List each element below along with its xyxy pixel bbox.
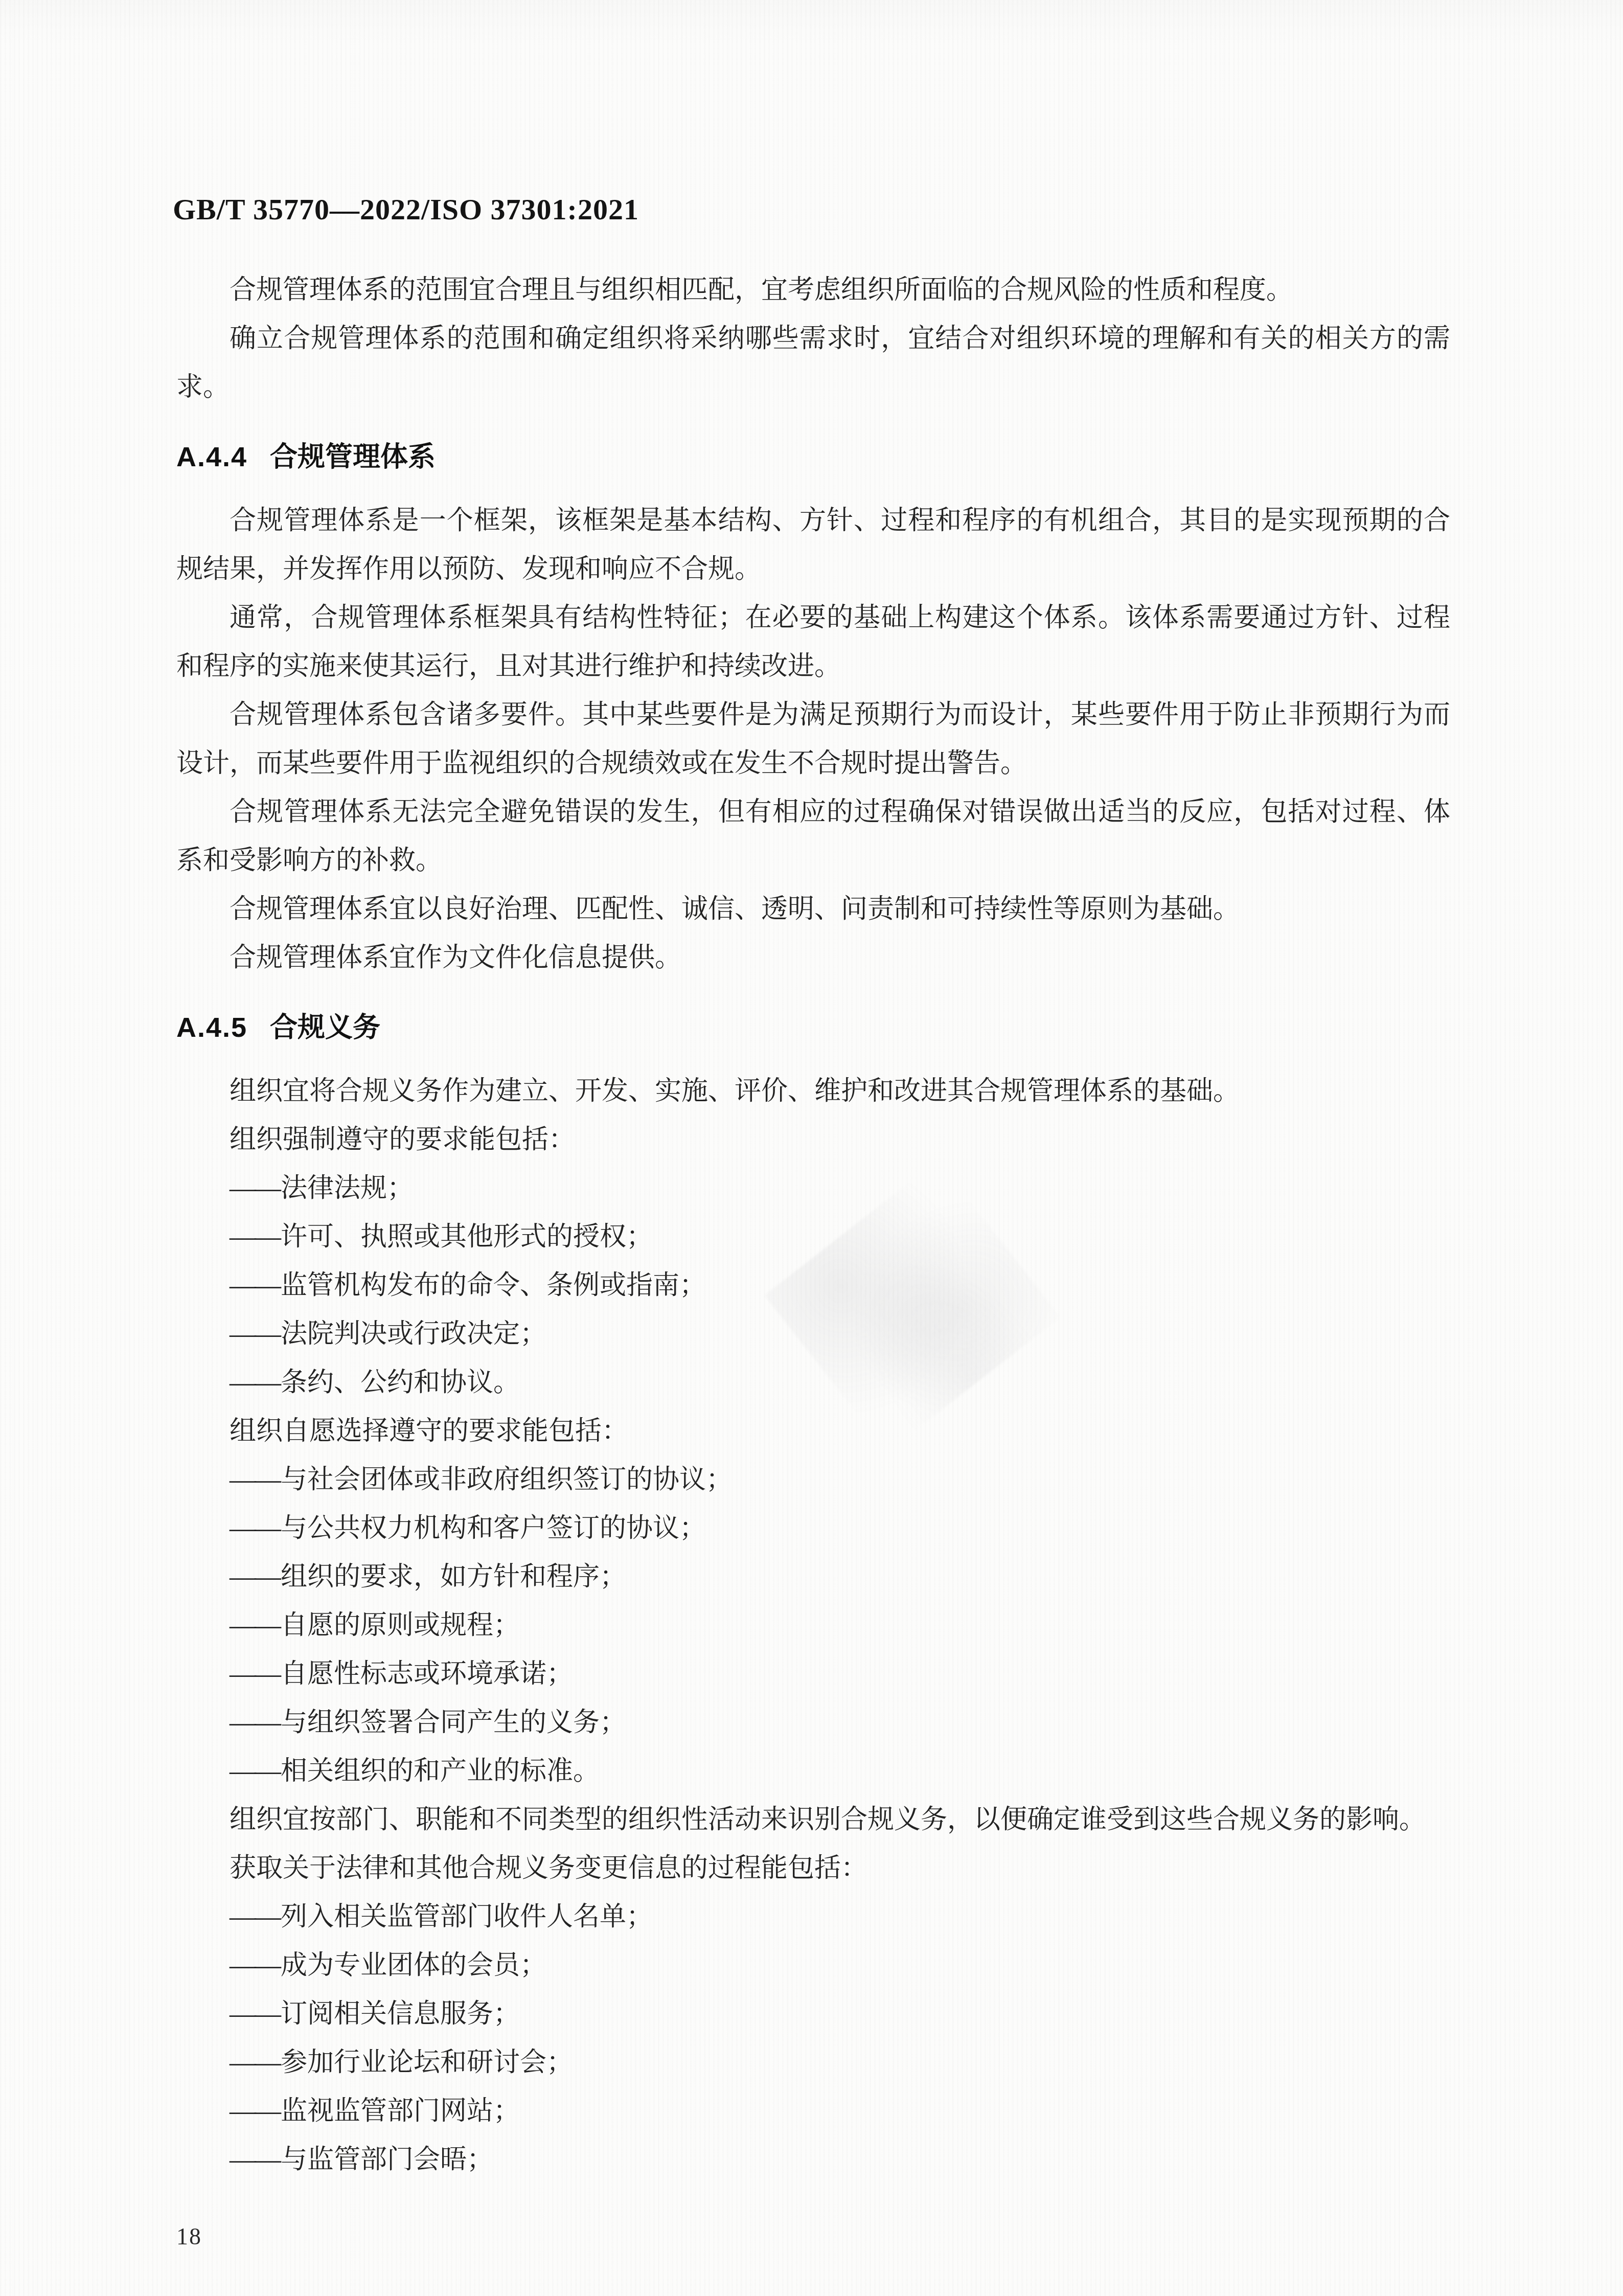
list-dash: ——	[230, 1708, 280, 1737]
list-dash: ——	[230, 1222, 280, 1252]
list-dash: ——	[230, 1368, 280, 1397]
clause-heading-a4-5: A.4.5合规义务	[176, 1011, 1450, 1044]
list-dash: ——	[230, 2048, 280, 2077]
list-dash: ——	[230, 1562, 280, 1592]
list-item: ——与公共权力机构和客户签订的协议；	[176, 1504, 1450, 1553]
list-item-text: 法院判决或行政决定；	[281, 1320, 546, 1349]
paragraph-structural: 通常，合规管理体系框架具有结构性特征；在必要的基础上构建这个体系。该体系需要通过…	[176, 594, 1450, 691]
paragraph-voluntary-intro: 组织自愿选择遵守的要求能包括：	[176, 1407, 1450, 1456]
list-dash: ——	[230, 2097, 280, 2126]
list-item: ——法律法规；	[176, 1164, 1450, 1213]
list-item-text: 列入相关监管部门收件人名单；	[281, 1902, 653, 1931]
paragraph-mandatory-intro: 组织强制遵守的要求能包括：	[176, 1116, 1450, 1164]
list-item-text: 与监管部门会晤；	[281, 2145, 493, 2174]
clause-heading-a4-4: A.4.4合规管理体系	[176, 440, 1450, 474]
clause-number: A.4.4	[176, 442, 247, 472]
list-item-text: 参加行业论坛和研讨会；	[281, 2048, 573, 2077]
list-item-text: 与组织签署合同产生的义务；	[281, 1708, 626, 1737]
list-item-text: 成为专业团体的会员；	[281, 1951, 546, 1980]
list-item-text: 与社会团体或非政府组织签订的协议；	[281, 1465, 733, 1494]
paragraph-scope-fit: 合规管理体系的范围宜合理且与组织相匹配，宜考虑组织所面临的合规风险的性质和程度。	[176, 266, 1450, 314]
list-dash: ——	[230, 1951, 280, 1980]
list-item-text: 监管机构发布的命令、条例或指南；	[281, 1271, 706, 1300]
clause-number: A.4.5	[176, 1012, 247, 1043]
list-item-text: 订阅相关信息服务；	[281, 1999, 520, 2029]
list-item: ——与组织签署合同产生的义务；	[176, 1698, 1450, 1747]
list-item-text: 法律法规；	[281, 1174, 414, 1203]
paragraph-scope-determine: 确立合规管理体系的范围和确定组织将采纳哪些需求时，宜结合对组织环境的理解和有关的…	[176, 314, 1450, 412]
paragraph-principles: 合规管理体系宜以良好治理、匹配性、诚信、透明、问责制和可持续性等原则为基础。	[176, 885, 1450, 934]
list-item-text: 组织的要求，如方针和程序；	[281, 1562, 626, 1592]
list-item-text: 自愿性标志或环境承诺；	[281, 1660, 573, 1689]
list-dash: ——	[230, 1514, 280, 1543]
list-item: ——与监管部门会晤；	[176, 2135, 1450, 2184]
list-item: ——参加行业论坛和研讨会；	[176, 2038, 1450, 2087]
list-item: ——条约、公约和协议。	[176, 1358, 1450, 1407]
paragraph-errors: 合规管理体系无法完全避免错误的发生，但有相应的过程确保对错误做出适当的反应，包括…	[176, 788, 1450, 885]
list-dash: ——	[230, 1611, 280, 1640]
paragraph-identify-obligations: 组织宜按部门、职能和不同类型的组织性活动来识别合规义务，以便确定谁受到这些合规义…	[176, 1795, 1450, 1844]
list-item: ——列入相关监管部门收件人名单；	[176, 1893, 1450, 1941]
scanned-document-body: { "header": { "title": "GB/T 35770—2022/…	[0, 0, 1623, 2296]
paragraph-framework: 合规管理体系是一个框架，该框架是基本结构、方针、过程和程序的有机组合，其目的是实…	[176, 496, 1450, 594]
list-item-text: 条约、公约和协议。	[281, 1368, 520, 1397]
paragraph-obligations-basis: 组织宜将合规义务作为建立、开发、实施、评价、维护和改进其合规管理体系的基础。	[176, 1067, 1450, 1116]
list-item: ——监视监管部门网站；	[176, 2087, 1450, 2135]
list-item-text: 许可、执照或其他形式的授权；	[281, 1222, 653, 1252]
list-item: ——许可、执照或其他形式的授权；	[176, 1213, 1450, 1261]
clause-title: 合规管理体系	[270, 442, 436, 472]
standard-code-header: GB/T 35770—2022/ISO 37301:2021	[173, 192, 639, 226]
paragraph-documented-info: 合规管理体系宜作为文件化信息提供。	[176, 934, 1450, 982]
list-dash: ——	[230, 1174, 280, 1203]
list-item: ——监管机构发布的命令、条例或指南；	[176, 1261, 1450, 1310]
list-item-text: 自愿的原则或规程；	[281, 1611, 520, 1640]
list-dash: ——	[230, 1271, 280, 1300]
paragraph-change-info-intro: 获取关于法律和其他合规义务变更信息的过程能包括：	[176, 1844, 1450, 1893]
list-dash: ——	[230, 1320, 280, 1349]
list-dash: ——	[230, 1660, 280, 1689]
list-item-text: 与公共权力机构和客户签订的协议；	[281, 1514, 706, 1543]
list-item: ——组织的要求，如方针和程序；	[176, 1553, 1450, 1601]
list-item: ——订阅相关信息服务；	[176, 1990, 1450, 2038]
list-item: ——法院判决或行政决定；	[176, 1310, 1450, 1358]
list-item-text: 监视监管部门网站；	[281, 2097, 520, 2126]
document-page: GB/T 35770—2022/ISO 37301:2021 合规管理体系的范围…	[0, 0, 1623, 2296]
list-dash: ——	[230, 1902, 280, 1931]
list-item: ——与社会团体或非政府组织签订的协议；	[176, 1456, 1450, 1504]
page-number: 18	[176, 2223, 202, 2250]
list-dash: ——	[230, 1999, 280, 2029]
list-dash: ——	[230, 2145, 280, 2174]
list-item: ——相关组织的和产业的标准。	[176, 1747, 1450, 1795]
list-dash: ——	[230, 1757, 280, 1786]
list-item-text: 相关组织的和产业的标准。	[281, 1757, 600, 1786]
paragraph-elements: 合规管理体系包含诸多要件。其中某些要件是为满足预期行为而设计，某些要件用于防止非…	[176, 691, 1450, 788]
list-dash: ——	[230, 1465, 280, 1494]
list-item: ——自愿性标志或环境承诺；	[176, 1650, 1450, 1698]
list-item: ——成为专业团体的会员；	[176, 1941, 1450, 1990]
list-item: ——自愿的原则或规程；	[176, 1601, 1450, 1650]
page-content: 合规管理体系的范围宜合理且与组织相匹配，宜考虑组织所面临的合规风险的性质和程度。…	[176, 266, 1450, 2184]
clause-title: 合规义务	[270, 1012, 380, 1043]
